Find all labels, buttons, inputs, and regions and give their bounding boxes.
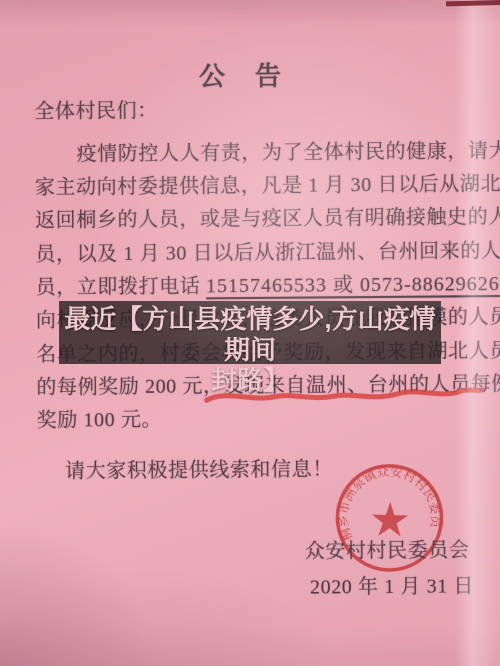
signature: 众安村村民委员会 (305, 531, 500, 564)
caption-line-2: 封路】 (59, 366, 441, 394)
body-line-2: 家主动向村委提供信息，凡是 1 月 30 日以后从湖北 (35, 167, 485, 200)
caption-banner: 最近【方山县疫情多少,方山疫情期间 封路】 (59, 301, 441, 364)
body-line-1: 疫情防控人人有责，为了全体村民的健康，请大 (76, 134, 500, 167)
seal-star (371, 501, 408, 536)
notice-photo: 公 告 全体村民们： 疫情防控人人有责，为了全体村民的健康，请大 家主动向村委提… (0, 0, 500, 666)
body-line-9: 奖励 100 元。 (37, 400, 487, 433)
phone-numbers: 15157465533 或 0573-88629626 (206, 273, 500, 297)
salutation: 全体村民们： (34, 91, 484, 124)
official-seal: 桐乡市洲泉镇众安村村民委员会 (324, 452, 455, 583)
body-line-4: 员，以及 1 月 30 日以后从浙江温州、台州回来的人 (35, 234, 485, 267)
notice-title: 公 告 (0, 54, 484, 95)
issue-date: 2020 年 1 月 31 日 (310, 567, 500, 600)
phone-line-prefix: 员，立即拨打电话 (36, 275, 207, 298)
caption-line-1: 最近【方山县疫情多少,方山疫情期间 (59, 304, 441, 366)
body-line-3: 返回桐乡的人员，或是与疫区人员有明确接触史的人 (35, 200, 485, 233)
body-line-5: 员，立即拨打电话 15157465533 或 0573-88629626 ， (36, 267, 486, 300)
